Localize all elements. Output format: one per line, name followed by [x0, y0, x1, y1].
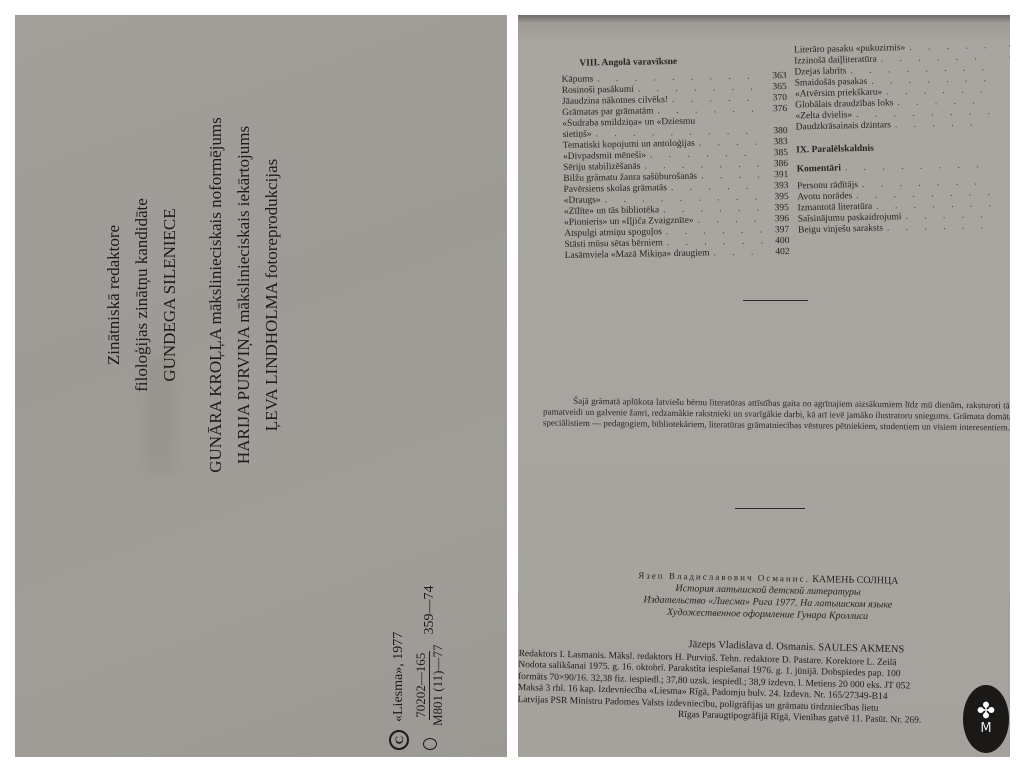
toc-entry-page: 4	[992, 220, 1010, 232]
toc-entry-page: 4	[988, 63, 1010, 75]
toc-leader-dots	[841, 160, 991, 174]
watermark-letter: M	[980, 722, 991, 736]
toc-entry-page: 380	[761, 126, 787, 137]
toc-entry-page: 365	[761, 82, 787, 93]
toc-entry-page: 385	[762, 148, 788, 159]
russian-imprint: Язеп Владиславович Османис. КАМЕНЬ СОЛНЦ…	[598, 568, 939, 624]
toc-entry-page: 400	[763, 236, 789, 247]
russian-author: Язеп Владиславович Османис.	[638, 570, 810, 584]
credit-line: GUNDEGA SILENIECE	[156, 75, 184, 515]
toc-entry-page: 4	[989, 96, 1010, 108]
toc-leader-dots	[883, 221, 992, 234]
toc-entry-title: Komentāri	[797, 163, 842, 175]
latvian-imprint: Jāzeps Vladislava d. Osmanis. SAULES AKM…	[518, 635, 1010, 730]
toc-entry-page: 396	[763, 214, 789, 225]
left-page: Zinātniskā redaktore filoloģijas zinātņu…	[15, 15, 507, 757]
watermark-logo: ✤ M	[963, 685, 1009, 753]
toc-list: Personu rādītājs4Avotu norādes4Izmantotā…	[797, 176, 1010, 236]
toc-entry-page: 4	[991, 187, 1010, 199]
toc-entry-page: 370	[761, 93, 787, 104]
catalog-prefix-icon	[423, 738, 437, 750]
divider-rule	[743, 300, 808, 301]
toc-entry-page: 393	[762, 181, 788, 192]
toc-entry-page: 4	[988, 52, 1010, 64]
toc-entry-page: 4	[989, 74, 1010, 86]
credit-line: Zinātniskā redaktore	[100, 75, 128, 515]
credit-line: HARIJA PURVIŅA mākslinieciskais iekārtoj…	[230, 75, 258, 515]
toc-leader-dots	[709, 247, 763, 259]
toc-entry-page: 395	[763, 203, 789, 214]
toc-entry-title: Daudzkrāsainais dzintars	[796, 120, 891, 133]
toc-list: Literāro pasaku «pukuzirnis»4Izzinošā da…	[794, 41, 1010, 134]
credit-line: ĻEVA LINDHOLMA fotoreprodukcijas	[258, 75, 286, 515]
russian-title: КАМЕНЬ СОЛНЦА	[812, 574, 898, 587]
toc-section-heading: VIII. Angolā varavīksne	[579, 55, 786, 70]
credit-line: GUNĀRA KROĻĻA mākslinieciskais noformēju…	[202, 75, 230, 515]
catalog-numerator: 70202—165	[413, 651, 430, 720]
credit-gap	[184, 75, 202, 515]
copyright-row: C «Liesma», 1977	[385, 550, 413, 750]
toc-entry-page: 4	[990, 118, 1010, 130]
toc-entry-komentari: Komentāri 4	[797, 159, 1010, 175]
abstract-text: Šajā grāmatā aplūkota latviešu bērnu lit…	[543, 396, 1010, 434]
toc-entry-title: Kāpums	[562, 74, 594, 86]
book-abstract: Šajā grāmatā aplūkota latviešu bērnu lit…	[543, 396, 1010, 434]
catalog-fraction: 70202—165 M801 (11)—77	[413, 645, 446, 727]
toc-entry-page: 4	[988, 41, 1010, 53]
divider-rule	[735, 508, 805, 509]
toc-entry-page: 397	[763, 225, 789, 236]
copyright-icon: C	[389, 730, 409, 750]
toc-entry-page: 4	[991, 159, 1010, 171]
toc-entry-page: 4	[991, 198, 1010, 210]
right-page: VIII. Angolā varavīksne Kāpums363Rosinoš…	[518, 15, 1010, 757]
credits-block: Zinātniskā redaktore filoloģijas zinātņu…	[100, 75, 286, 515]
toc-list: Kāpums363Rosinoši pasākumi365Jāaudzina n…	[562, 71, 790, 262]
toc-entry-page: 4	[992, 209, 1010, 221]
toc-leader-dots	[891, 118, 990, 131]
catalog-row: 70202—165 M801 (11)—77 359—74	[413, 550, 446, 750]
copyright-imprint: C «Liesma», 1977 70202—165 M801 (11)—77 …	[385, 550, 446, 750]
toc-entry-page: 383	[762, 137, 788, 148]
toc-entry-title: Beigu vinješu saraksts	[798, 224, 883, 237]
toc-entry-page: 395	[763, 192, 789, 203]
flower-star-icon: ✤	[977, 702, 995, 722]
toc-entry-page: 4	[991, 176, 1010, 188]
toc-entry-page: 391	[762, 170, 788, 181]
catalog-denominator: M801 (11)—77	[430, 645, 446, 727]
toc-column-left: VIII. Angolā varavīksne Kāpums363Rosinoš…	[561, 55, 790, 262]
catalog-suffix: 359—74	[416, 586, 444, 635]
toc-column-right: Literāro pasaku «pukuzirnis»4Izzinošā da…	[794, 41, 1010, 237]
credit-line: filoloģijas zinātņu kandidāte	[128, 75, 156, 515]
toc-entry-title: Lasāmviela «Mazā Mikiņa» draugiem	[565, 248, 710, 262]
toc-entry-page: 363	[760, 71, 786, 82]
toc-entry-title: «Draugs»	[564, 195, 601, 207]
toc-entry-page: 4	[989, 107, 1010, 119]
toc-entry-page: 376	[761, 104, 787, 115]
toc-entry-title: sietiņš»	[562, 129, 591, 141]
toc-entry-page: 4	[989, 85, 1010, 97]
copyright-publisher: «Liesma», 1977	[385, 632, 413, 722]
toc-entry-page: 386	[762, 159, 788, 170]
toc-entry-page: 402	[764, 247, 790, 258]
toc-leader-dots	[653, 104, 761, 117]
